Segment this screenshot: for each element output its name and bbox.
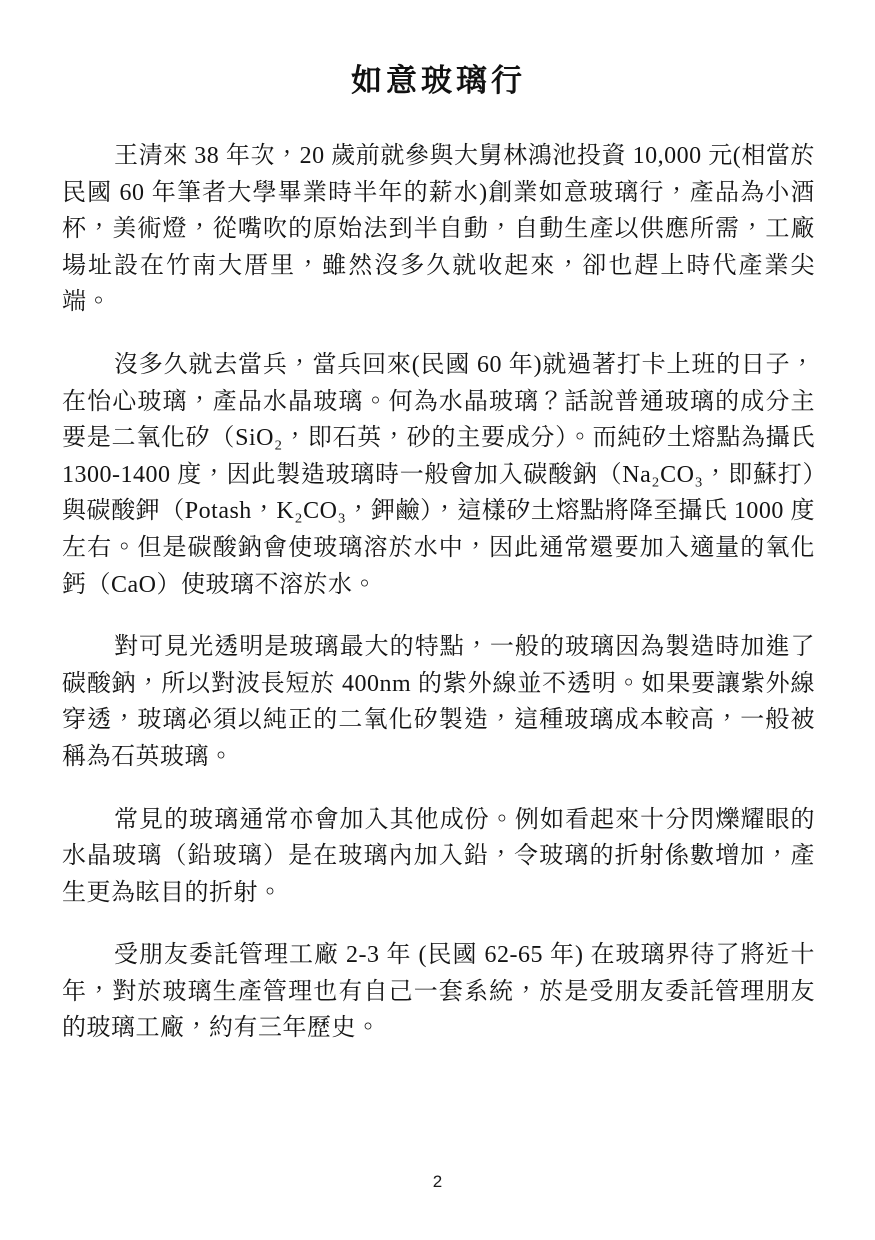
document-content: 如意玻璃行 王清來 38 年次，20 歲前就參與大舅林鴻池投資 10,000 元… (0, 0, 875, 1047)
document-page: 如意玻璃行 王清來 38 年次，20 歲前就參與大舅林鴻池投資 10,000 元… (0, 0, 875, 1240)
paragraph-crystal-glass: 沒多久就去當兵，當兵回來(民國 60 年)就過著打卡上班的日子，在怡心玻璃，產品… (62, 347, 815, 603)
paragraph-uv-transparency: 對可見光透明是玻璃最大的特點，一般的玻璃因為製造時加進了碳酸鈉，所以對波長短於 … (62, 629, 815, 775)
paragraph-factory-management: 受朋友委託管理工廠 2-3 年 (民國 62-65 年) 在玻璃界待了將近十年，… (62, 937, 815, 1047)
page-number: 2 (0, 1172, 875, 1192)
paragraph-intro: 王清來 38 年次，20 歲前就參與大舅林鴻池投資 10,000 元(相當於民國… (62, 138, 815, 321)
page-title: 如意玻璃行 (62, 60, 815, 102)
paragraph-lead-glass: 常見的玻璃通常亦會加入其他成份。例如看起來十分閃爍耀眼的水晶玻璃（鉛玻璃）是在玻… (62, 802, 815, 912)
